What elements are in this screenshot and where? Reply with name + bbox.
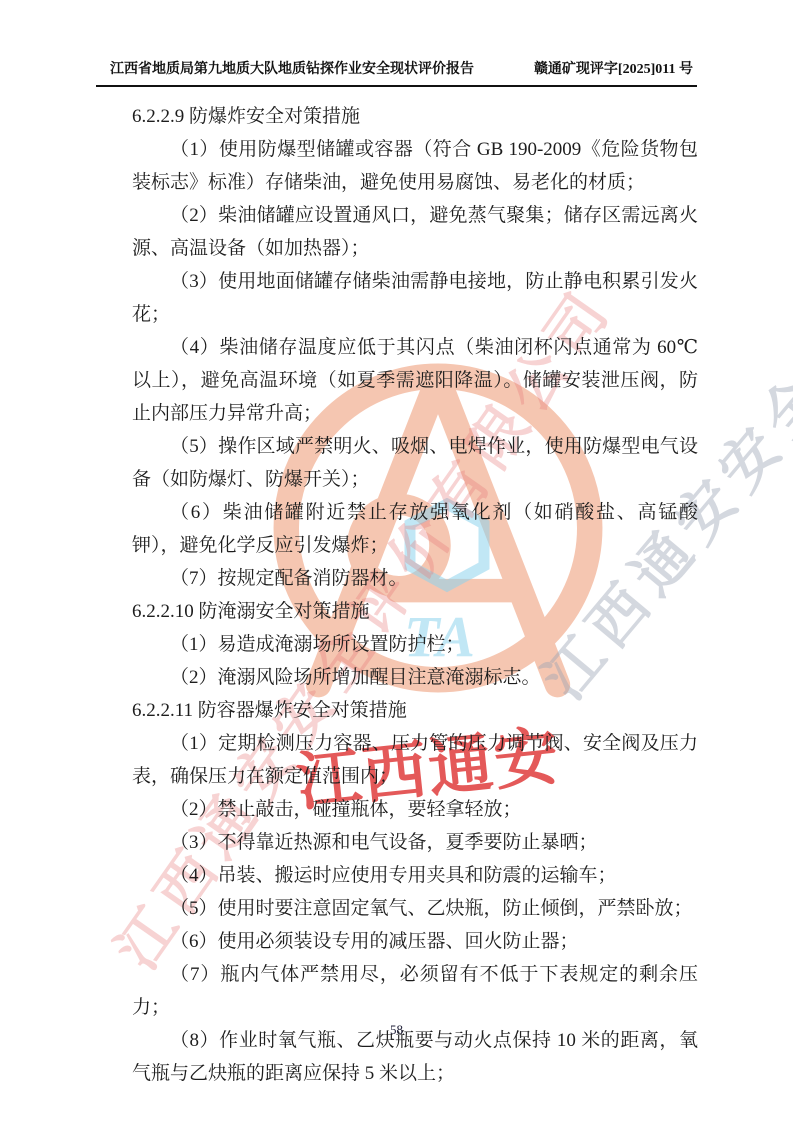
header-report-title: 江西省地质局第九地质大队地质钻探作业安全现状评价报告	[110, 58, 474, 78]
section-heading-6229: 6.2.2.9 防爆炸安全对策措施	[132, 100, 698, 133]
page-header: 江西省地质局第九地质大队地质钻探作业安全现状评价报告 赣通矿现评字[2025]0…	[96, 58, 697, 87]
paragraph: （3）使用地面储罐存储柴油需静电接地，防止静电积累引发火花；	[132, 265, 698, 331]
paragraph: （2）禁止敲击，碰撞瓶体，要轻拿轻放；	[132, 793, 698, 826]
paragraph: （7）瓶内气体严禁用尽，必须留有不低于下表规定的剩余压力；	[132, 958, 698, 1024]
paragraph: （6）柴油储罐附近禁止存放强氧化剂（如硝酸盐、高锰酸钾），避免化学反应引发爆炸；	[132, 496, 698, 562]
section-heading-62211: 6.2.2.11 防容器爆炸安全对策措施	[132, 694, 698, 727]
paragraph: （1）使用防爆型储罐或容器（符合 GB 190-2009《危险货物包装标志》标准…	[132, 133, 698, 199]
document-page: TA 江西通安安全评价有限公司 江西通安安全评价有限公司 江西通安 江西省地质局…	[0, 0, 793, 1122]
paragraph: （4）吊装、搬运时应使用专用夹具和防震的运输车；	[132, 859, 698, 892]
paragraph: （5）操作区域严禁明火、吸烟、电焊作业，使用防爆型电气设备（如防爆灯、防爆开关）…	[132, 430, 698, 496]
section-heading-62210: 6.2.2.10 防淹溺安全对策措施	[132, 595, 698, 628]
page-footer: 58	[0, 1022, 793, 1038]
paragraph: （1）易造成淹溺场所设置防护栏；	[132, 628, 698, 661]
paragraph: （5）使用时要注意固定氧气、乙炔瓶，防止倾倒，严禁卧放；	[132, 892, 698, 925]
paragraph: （2）淹溺风险场所增加醒目注意淹溺标志。	[132, 661, 698, 694]
header-doc-number: 赣通矿现评字[2025]011 号	[534, 58, 693, 78]
paragraph: （1）定期检测压力容器、压力管的压力调节阀、安全阀及压力表，确保压力在额定值范围…	[132, 727, 698, 793]
paragraph: （3）不得靠近热源和电气设备，夏季要防止暴晒；	[132, 826, 698, 859]
paragraph: （4）柴油储存温度应低于其闪点（柴油闭杯闪点通常为 60℃以上），避免高温环境（…	[132, 331, 698, 430]
paragraph: （2）柴油储罐应设置通风口，避免蒸气聚集；储存区需远离火源、高温设备（如加热器）…	[132, 199, 698, 265]
paragraph: （6）使用必须装设专用的减压器、回火防止器；	[132, 925, 698, 958]
paragraph: （7）按规定配备消防器材。	[132, 562, 698, 595]
document-body: 6.2.2.9 防爆炸安全对策措施 （1）使用防爆型储罐或容器（符合 GB 19…	[132, 100, 698, 1090]
page-number: 58	[390, 1022, 403, 1037]
